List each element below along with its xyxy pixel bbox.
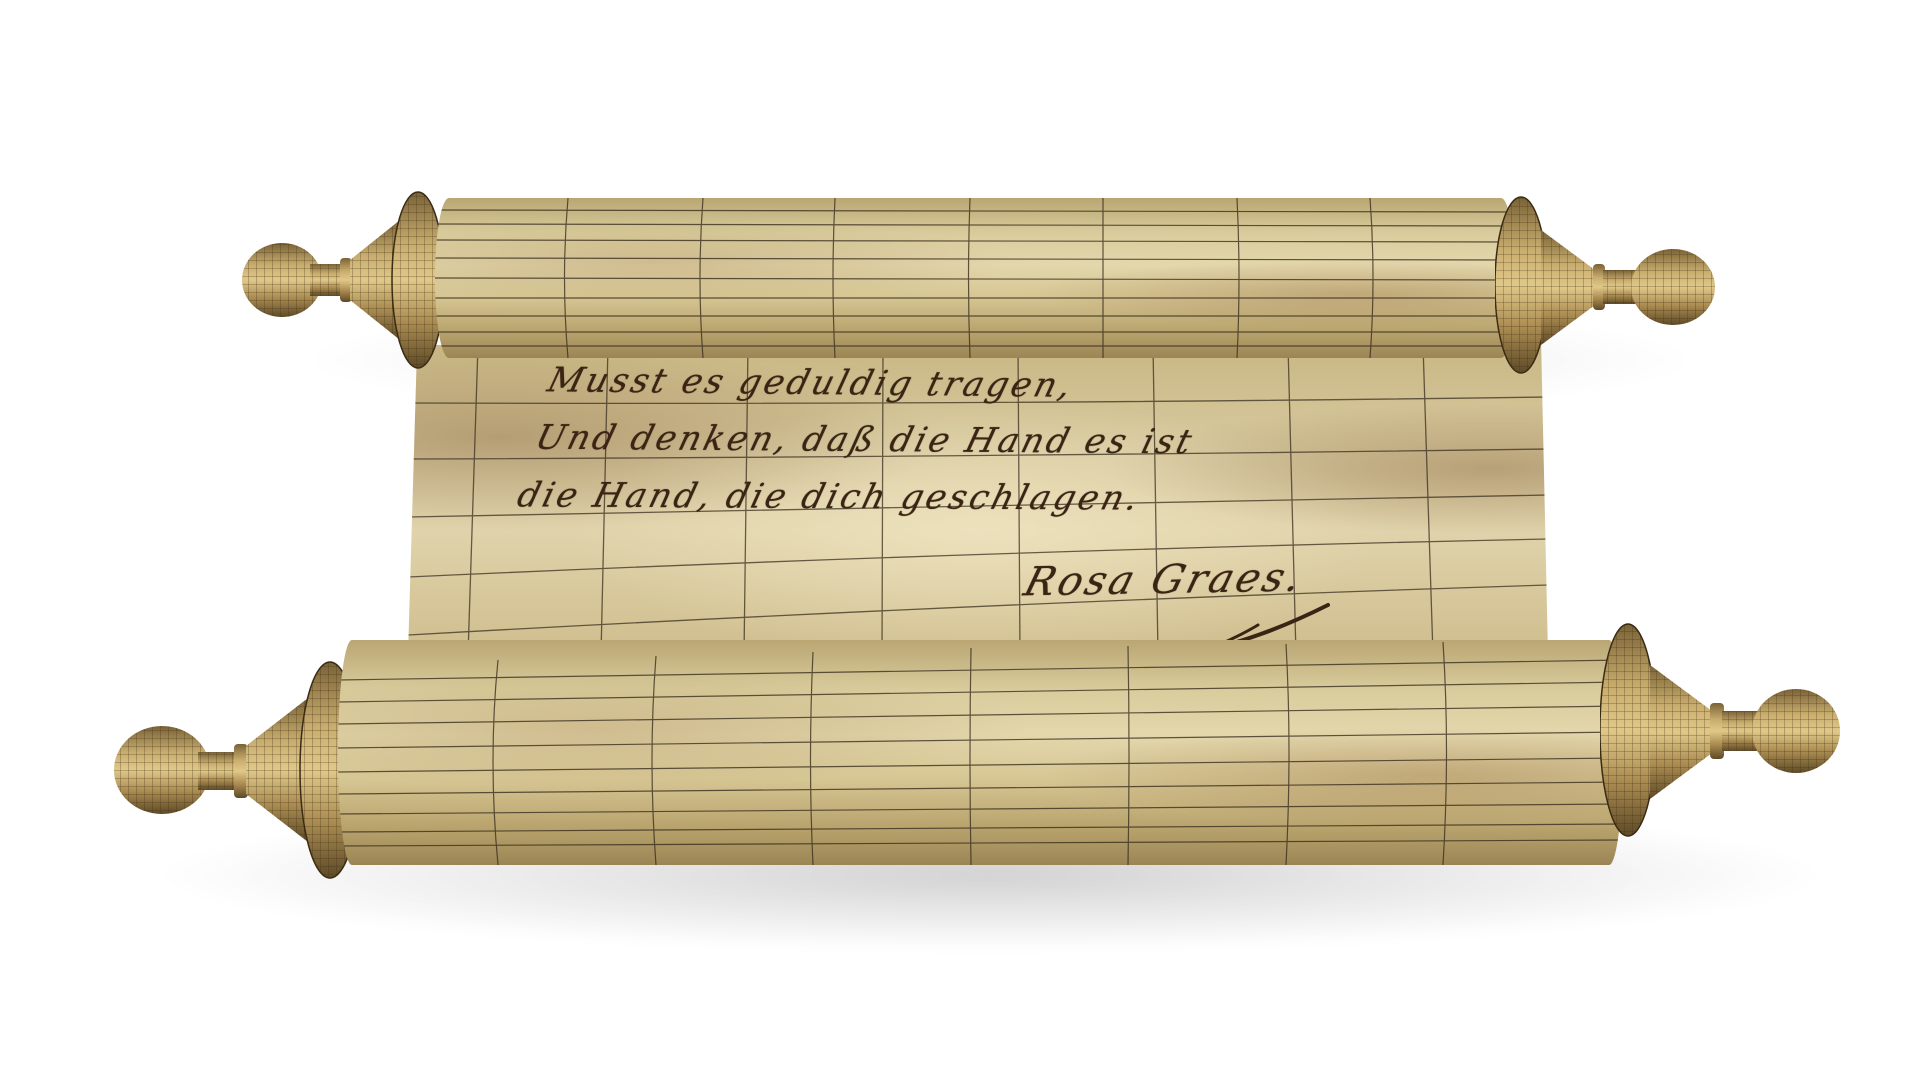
parchment-sheet: Musst es geduldig tragen, Und denken, da… — [408, 345, 1548, 655]
bottom-left-brass-finial-icon — [112, 650, 362, 890]
top-left-brass-finial-icon — [240, 180, 460, 380]
top-right-brass-finial-icon — [1495, 190, 1720, 390]
letter-line-1: Musst es geduldig tragen, — [544, 360, 1079, 406]
letter-line-2: Und denken, daß die Hand es ist — [531, 418, 1198, 463]
bottom-roller-cylinder — [338, 640, 1623, 865]
scroll-scene: Musst es geduldig tragen, Und denken, da… — [0, 0, 1920, 1080]
letter-line-3: die Hand, die dich geschlagen. — [513, 475, 1145, 518]
top-roller-cylinder — [435, 198, 1515, 358]
bottom-right-brass-finial-icon — [1600, 615, 1840, 855]
